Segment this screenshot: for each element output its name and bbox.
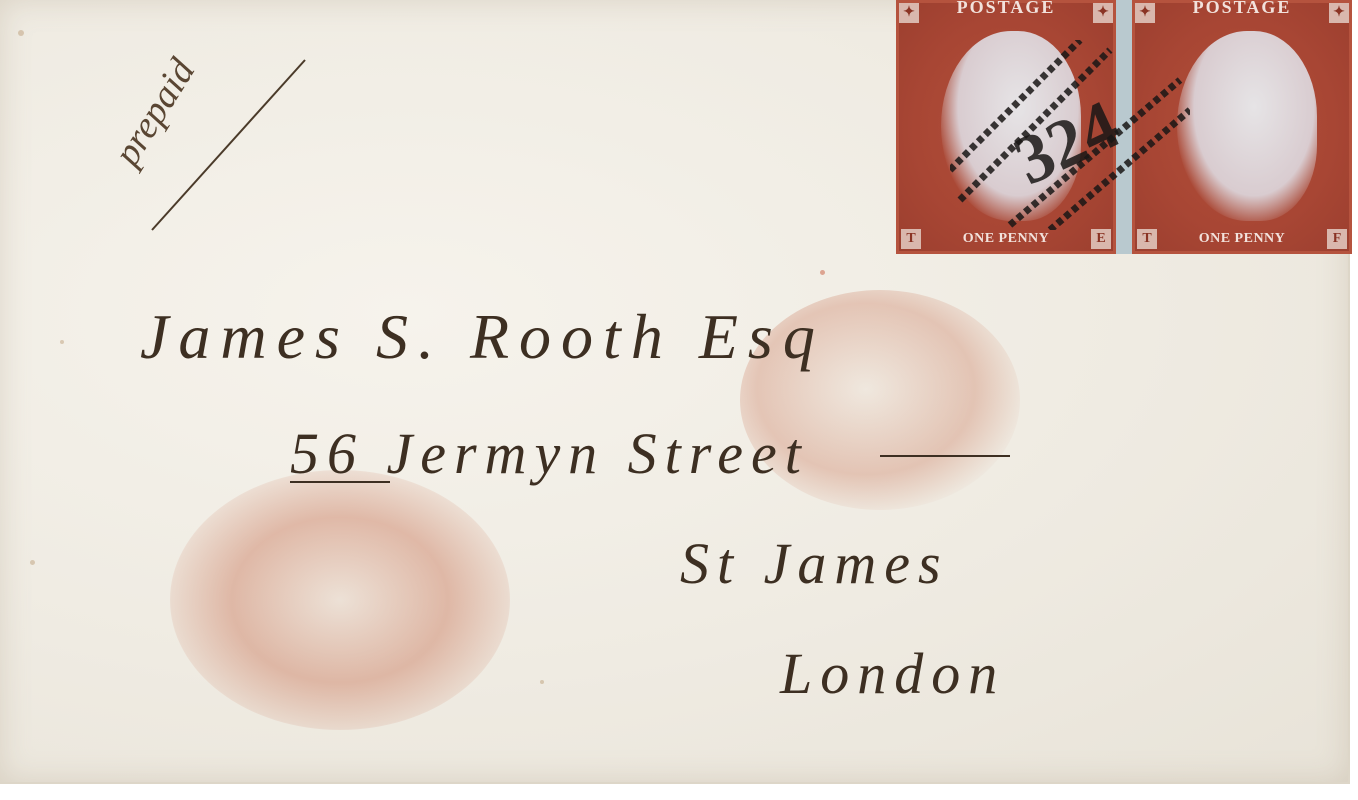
address-line-city: London bbox=[780, 640, 1005, 707]
stamp-value-text: ONE PENNY bbox=[1157, 231, 1327, 247]
corner-star: ✦ bbox=[1329, 3, 1349, 23]
address-line-name: James S. Rooth Esq bbox=[140, 300, 825, 374]
corner-star: ✦ bbox=[1093, 3, 1113, 23]
stamp-gutter bbox=[1116, 0, 1132, 254]
queen-victoria-portrait bbox=[1177, 31, 1317, 221]
foxing-spot bbox=[60, 340, 64, 344]
corner-letter: T bbox=[901, 229, 921, 249]
corner-star: ✦ bbox=[1135, 3, 1155, 23]
stamp-value-text: ONE PENNY bbox=[921, 231, 1091, 247]
stamp-postage-text: POSTAGE bbox=[929, 0, 1083, 18]
stamp-pair: ✦ ✦ POSTAGE T ONE PENNY E ✦ ✦ POSTAGE T … bbox=[896, 0, 1352, 254]
address-line-district: St James bbox=[680, 530, 949, 597]
corner-letter: T bbox=[1137, 229, 1157, 249]
corner-star: ✦ bbox=[899, 3, 919, 23]
penny-red-stamp: ✦ ✦ POSTAGE T ONE PENNY E bbox=[896, 0, 1116, 254]
foxing-spot bbox=[30, 560, 35, 565]
foxing-spot bbox=[820, 270, 825, 275]
foxing-spot bbox=[540, 680, 544, 684]
penny-red-stamp: ✦ ✦ POSTAGE T ONE PENNY F bbox=[1132, 0, 1352, 254]
corner-letter: E bbox=[1091, 229, 1111, 249]
foxing-spot bbox=[18, 30, 24, 36]
address-line-street: 56 Jermyn Street bbox=[290, 420, 809, 487]
stamp-postage-text: POSTAGE bbox=[1165, 0, 1319, 18]
queen-victoria-portrait bbox=[941, 31, 1081, 221]
corner-letter: F bbox=[1327, 229, 1347, 249]
